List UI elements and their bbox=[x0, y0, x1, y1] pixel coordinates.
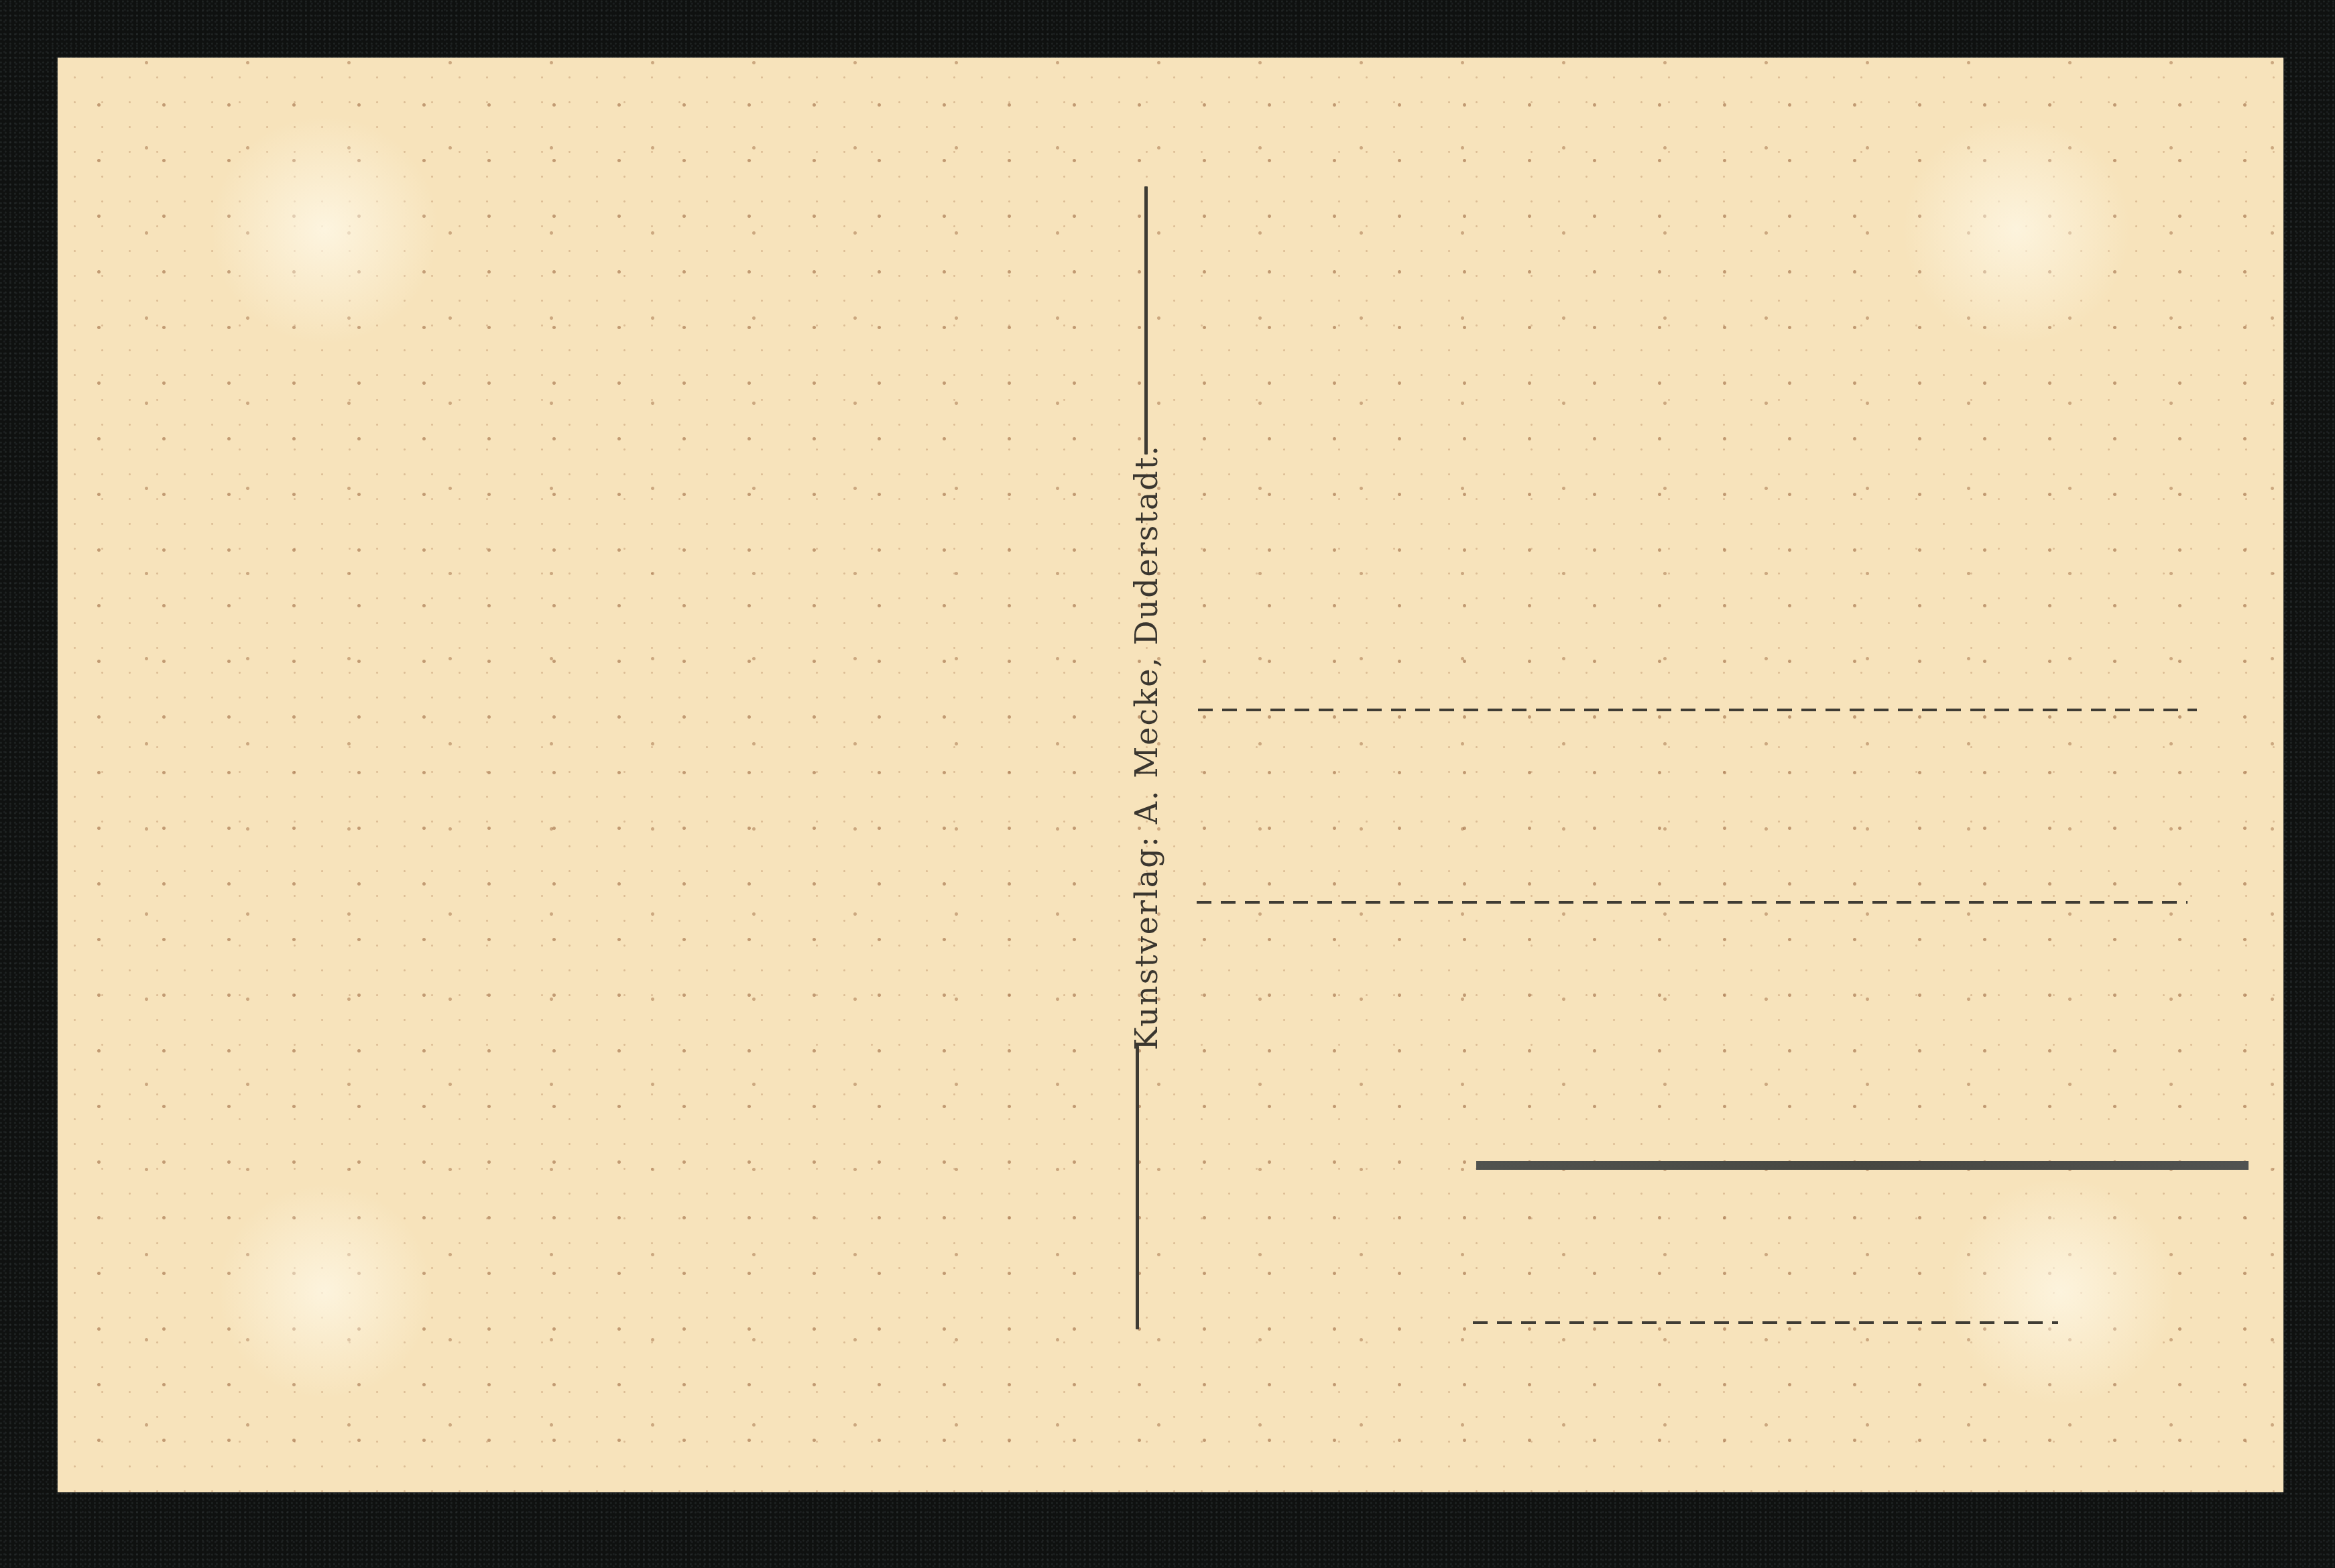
divider-line-bottom bbox=[1136, 1046, 1139, 1329]
divider-line-top bbox=[1144, 186, 1148, 455]
address-line-3-solid bbox=[1476, 1161, 2249, 1170]
publisher-imprint: Kunstverlag: A. Mecke, Duderstadt. bbox=[1128, 444, 1164, 1050]
address-line-4 bbox=[1473, 1321, 2058, 1324]
address-line-1 bbox=[1198, 709, 2197, 711]
postcard-back: Kunstverlag: A. Mecke, Duderstadt. bbox=[58, 58, 2283, 1492]
address-line-2 bbox=[1197, 901, 2188, 904]
